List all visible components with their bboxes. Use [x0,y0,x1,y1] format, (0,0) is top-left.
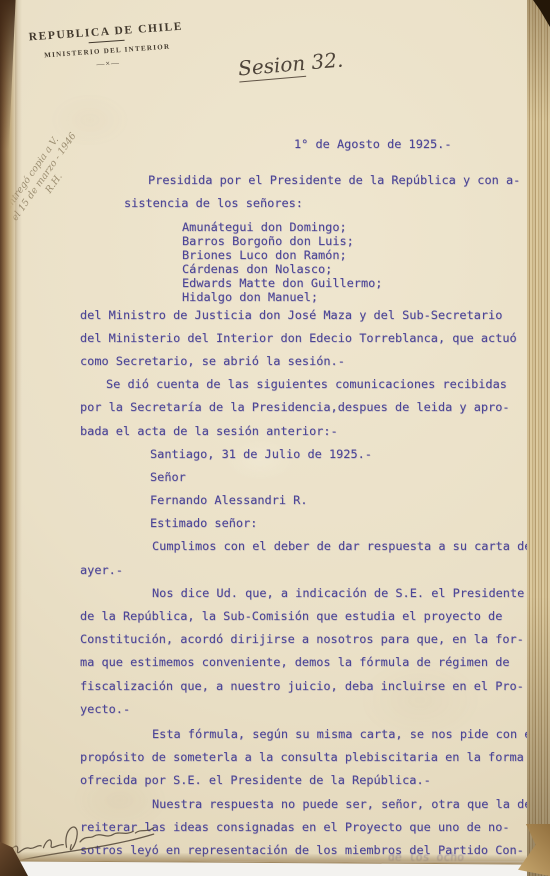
typed-line: bada el acta de la sesión anterior:- [80,420,550,443]
typed-line: Santiago, 31 de Julio de 1925.- [150,443,550,466]
typed-line: fiscalización que, a nuestro juicio, deb… [80,675,550,698]
typed-line: de la República, la Sub-Comisión que est… [80,605,550,628]
typed-line: Constitución, acordó dirijirse a nosotro… [80,628,550,651]
typed-line: Nos dice Ud. que, a indicación de S.E. e… [152,582,550,605]
session-number: 32. [310,47,344,74]
scanned-document-photo: REPUBLICA DE CHILE MINISTERIO DEL INTERI… [0,0,550,876]
page-stack-shade [527,0,550,876]
typed-line: Fernando Alessandri R. [150,489,550,512]
typed-line: del Ministro de Justicia don José Maza y… [80,304,550,327]
typed-line: Presidida por el Presidente de la Repúbl… [148,169,550,192]
attendee-line: Hidalgo don Manuel; [182,290,550,304]
attendee-line: Amunátegui don Domingo; [182,220,550,234]
typed-text: 1° de Agosto de 1925.- Presidida por el … [0,133,550,862]
date-line: 1° de Agosto de 1925.- [294,133,550,156]
typed-line: Esta fórmula, según su misma carta, se n… [152,723,550,746]
typed-line: yecto.- [80,698,550,721]
attendee-line: Briones Luco don Ramón; [182,248,550,262]
typed-line: propósito de someterla a la consulta ple… [80,746,550,769]
typed-line: Nuestra respuesta no puede ser, señor, o… [152,793,550,816]
typed-line: Estimado señor: [150,512,550,535]
typed-line: Cumplimos con el deber de dar respuesta … [152,535,550,558]
attendee-line: Barros Borgoño don Luis; [182,234,550,248]
page-fold-shadow [15,0,22,876]
attendee-line: Edwards Matte don Guillermo; [182,276,550,290]
typed-line: del Ministerio del Interior don Edecio T… [80,327,550,350]
typed-line: como Secretario, se abrió la sesión.- [80,350,550,373]
typed-line: Señor [150,466,550,489]
typed-line: ayer.- [80,559,550,582]
letterhead-rule [89,40,125,44]
typed-line: por la Secretaría de la Presidencia,desp… [80,396,550,419]
typed-line: ofrecida por S.E. el Presidente de la Re… [80,769,550,792]
typed-line: sistencia de los señores: [124,192,550,215]
typed-line: ma que estimemos conveniente, demos la f… [80,651,550,674]
attendee-line: Cárdenas don Nolasco; [182,262,550,276]
typed-line: Se dió cuenta de las siguientes comunica… [106,373,550,396]
attendees-list: Amunátegui don Domingo; Barros Borgoño d… [0,220,550,304]
